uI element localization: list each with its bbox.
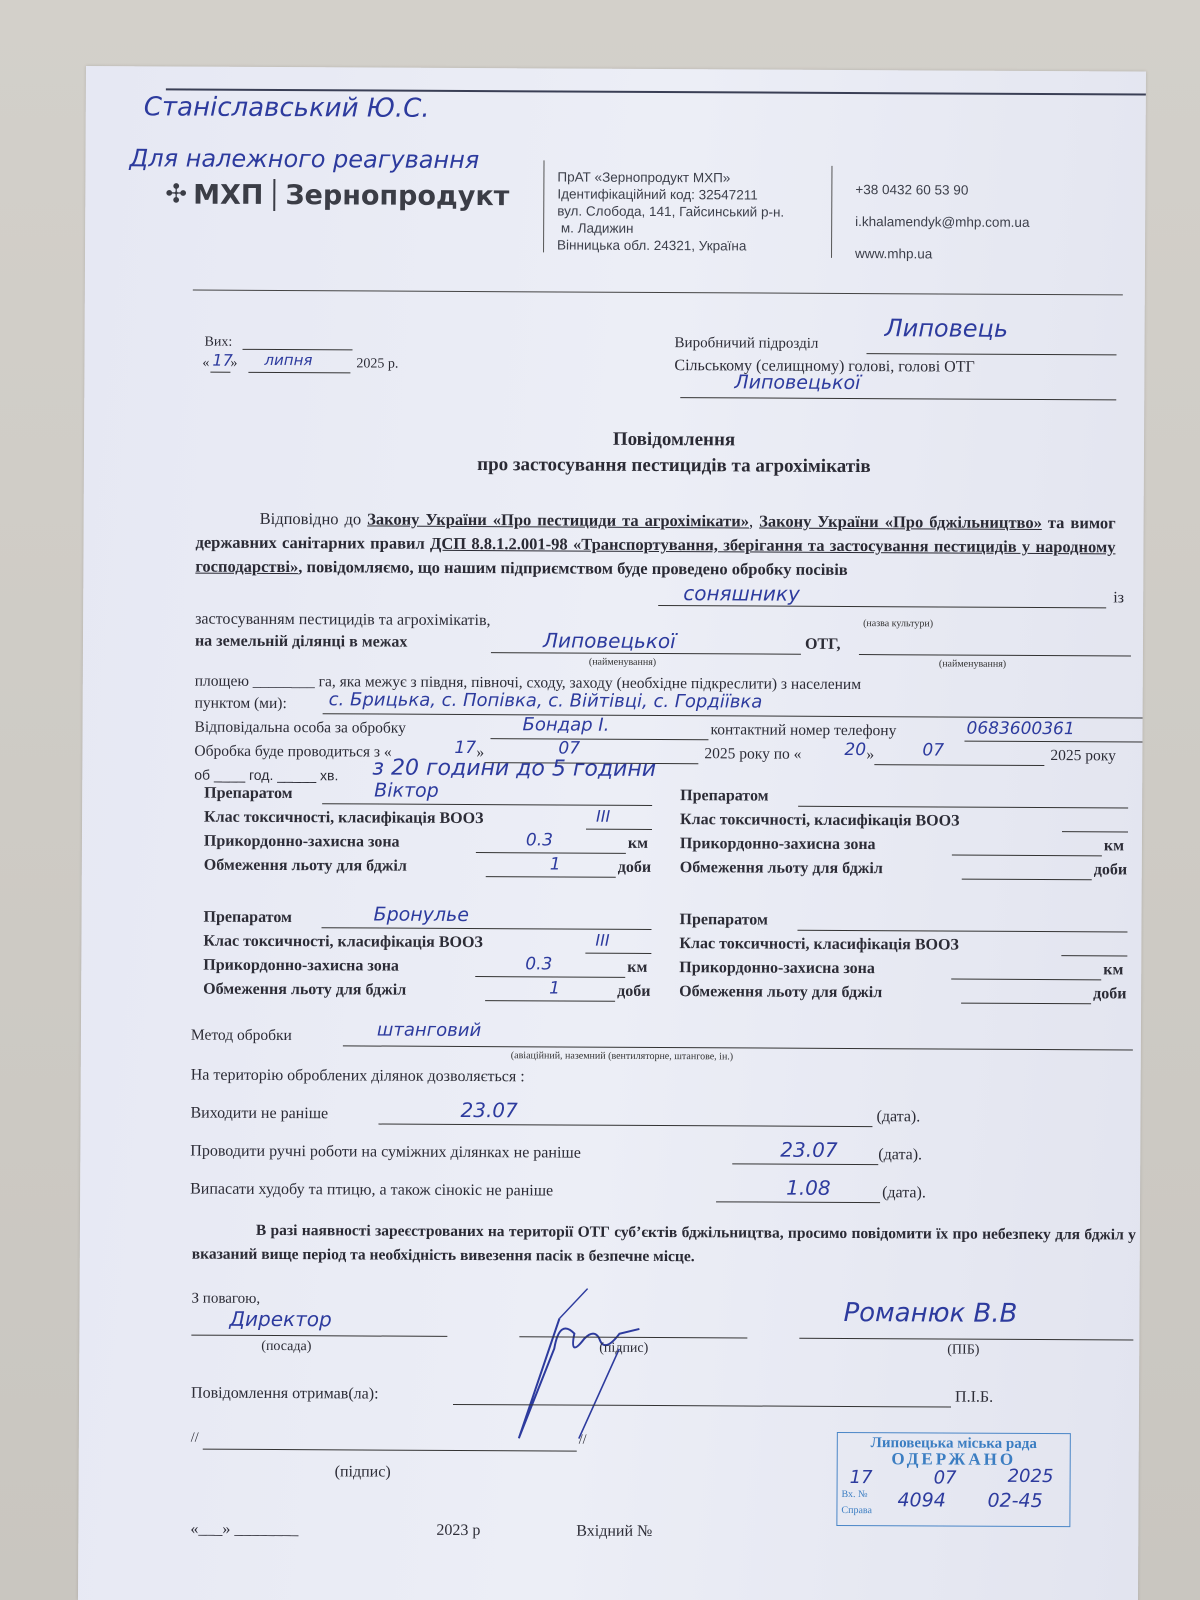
crop-suffix: із [1113, 589, 1124, 607]
graze-line [716, 1201, 880, 1203]
toxicity-label: Клас токсичності, класифікація ВООЗ [204, 809, 484, 828]
phone-label: контактний номер телефону [710, 721, 896, 740]
receipt-year: 2023 р [436, 1522, 480, 1540]
responsible-label: Відповідальна особа за обробку [194, 719, 405, 738]
manual-date-suffix: (дата). [878, 1146, 922, 1164]
document-subtitle: про застосування пестицидів та агрохімік… [84, 452, 1200, 480]
application-text: застосуванням пестицидів та агрохімікаті… [195, 611, 491, 631]
stamp-case-label: Справа [841, 1505, 872, 1516]
bees-line[interactable] [962, 879, 1092, 881]
stamp-in-label: Вх. № [842, 1489, 868, 1500]
director-name-caption: (ПІБ) [947, 1343, 979, 1359]
stamp-in-value: 4094 [897, 1489, 945, 1511]
zone-label: Прикордонно-захисна зона [204, 833, 400, 852]
zone-value: 0.3 [525, 954, 552, 974]
bees-label: Обмеження льоту для бджіл [204, 857, 407, 876]
preparation-label: Препаратом [203, 909, 291, 927]
method-label: Метод обробки [191, 1027, 292, 1046]
head-line [680, 397, 1116, 400]
manual-value: 23.07 [780, 1138, 837, 1162]
bees-unit: доби [1093, 985, 1126, 1003]
day-line [210, 372, 230, 373]
letterhead-rule [193, 290, 1123, 296]
exit-line [378, 1124, 872, 1128]
company-email[interactable]: i.khalamendyk@mhp.com.ua [855, 214, 1029, 230]
permissions-heading: На територію оброблених ділянок дозволяє… [191, 1067, 525, 1087]
logo-separator [273, 179, 275, 211]
toxicity-line[interactable] [1062, 831, 1128, 832]
land-line [491, 652, 801, 655]
signature-caption: (підпис) [599, 1341, 648, 1357]
intro-text-4: , повідомляємо, що нашим підприємством б… [298, 557, 848, 579]
division-label: Виробничий підрозділ [675, 335, 819, 353]
month-line [248, 372, 350, 374]
position-line [191, 1335, 447, 1337]
bees-line[interactable] [486, 876, 616, 878]
handwritten-resolution-note: Для належного реагування [129, 144, 479, 174]
stamp-year: 2025 [1008, 1466, 1054, 1487]
preparation-value: Віктор [374, 780, 439, 802]
zone-value: 0.3 [526, 830, 553, 850]
otg-caption: (найменування) [939, 658, 1006, 669]
method-value: штанговий [377, 1020, 481, 1042]
logo-zernoprodukt: Зернопродукт [285, 180, 509, 212]
bees-value: 1 [550, 854, 561, 874]
land-label: на земельній ділянці в межах [195, 633, 407, 652]
closing-paragraph: В разі наявності зареєстрованих на терит… [192, 1219, 1136, 1272]
director-name-value: Романюк В.В [843, 1298, 1017, 1329]
period-to-label: 2025 року по « [704, 745, 801, 764]
bees-label: Обмеження льоту для бджіл [679, 983, 882, 1002]
outgoing-label: Вих: [205, 335, 233, 351]
document-title: Повідомлення [84, 426, 1200, 454]
graze-value: 1.08 [786, 1176, 831, 1200]
bees-line[interactable] [485, 1000, 615, 1002]
toxicity-value: ІІІ [596, 807, 610, 826]
handwritten-resolution-name: Станіславський Ю.С. [144, 92, 430, 123]
bees-unit: доби [617, 983, 650, 1001]
zone-label: Прикордонно-захисна зона [679, 959, 875, 978]
graze-date-suffix: (дата). [882, 1184, 926, 1202]
zone-label: Прикордонно-захисна зона [203, 957, 399, 976]
exit-value: 23.07 [460, 1098, 517, 1122]
director-signature [499, 1278, 690, 1449]
logo-mhp: МХП [193, 179, 263, 210]
land-caption: (найменування) [589, 657, 656, 668]
land-value: Липовецької [543, 628, 676, 653]
zone-unit: км [627, 959, 647, 977]
preparation-value: Бронулье [374, 904, 470, 926]
intro-text-2: , [749, 511, 759, 530]
outgoing-date-open: « [202, 356, 209, 372]
company-logo: ✣ МХП Зернопродукт [165, 178, 509, 212]
position-value: Директор [229, 1307, 331, 1332]
company-street: вул. Слобода, 141, Гайсинський р-н. [557, 202, 784, 220]
division-value: Липовець [885, 314, 1009, 343]
preparation-line[interactable] [797, 930, 1127, 933]
bees-unit: доби [1094, 861, 1127, 879]
period-to-month: 07 [922, 740, 944, 760]
received-stamp: Липовецька міська рада ОДЕРЖАНО 17 07 20… [836, 1432, 1070, 1527]
period-end-label: 2025 року [1050, 747, 1116, 765]
windmill-icon: ✣ [165, 179, 187, 209]
preparation-label: Препаратом [679, 911, 767, 929]
settlements-label: пунктом (ми): [195, 695, 287, 713]
time-label: об ____ год. _____ хв. [194, 767, 338, 784]
crop-line [658, 605, 1106, 608]
period-label: Обробка буде проводиться з « [194, 743, 391, 762]
settlements-value: с. Брицька, с. Попівка, с. Війтівці, с. … [329, 689, 763, 712]
zone-unit: км [1103, 961, 1123, 979]
receiver-signature-caption: (підпис) [335, 1463, 391, 1481]
bees-line[interactable] [961, 1003, 1091, 1005]
pib-label: П.І.Б. [955, 1389, 993, 1407]
letterhead-divider-2 [831, 166, 832, 258]
time-value: з 20 години до 5 години [372, 756, 656, 782]
crop-caption: (назва культури) [863, 618, 933, 629]
law-pesticides: Закону України «Про пестициди та агрохім… [367, 509, 749, 530]
company-website[interactable]: www.mhp.ua [855, 246, 1029, 262]
zone-line[interactable] [951, 979, 1101, 981]
responsible-value: Бондар І. [523, 714, 610, 735]
company-contacts: +38 0432 60 53 90 i.khalamendyk@mhp.com.… [855, 182, 1030, 279]
toxicity-label: Клас токсичності, класифікація ВООЗ [680, 811, 960, 830]
outgoing-date-close: » [230, 356, 237, 372]
document-page: Станіславський Ю.С. Для належного реагув… [78, 66, 1146, 1600]
graze-label: Випасати худобу та птицю, а також сінокі… [190, 1181, 553, 1201]
preparation-line[interactable] [798, 806, 1128, 809]
otg-line [859, 654, 1131, 656]
toxicity-line[interactable] [586, 829, 652, 830]
stamp-day: 17 [850, 1467, 873, 1488]
toxicity-label: Клас токсичності, класифікація ВООЗ [203, 933, 483, 952]
toxicity-line[interactable] [1061, 955, 1127, 956]
outgoing-month: липня [264, 351, 312, 369]
otg-label: ОТГ, [805, 636, 841, 654]
slash-left: // [191, 1431, 199, 1447]
stamp-case-value: 02-45 [987, 1490, 1042, 1512]
toxicity-line[interactable] [585, 953, 651, 954]
bees-label: Обмеження льоту для бджіл [680, 859, 883, 878]
preparation-line[interactable] [322, 803, 652, 806]
method-caption: (авіаційний, наземний (вентиляторне, шта… [511, 1050, 733, 1062]
company-region: Вінницька обл. 24321, Україна [557, 236, 784, 254]
responsible-line [490, 738, 708, 740]
head-value: Липовецької [734, 371, 860, 394]
incoming-label: Вхідний № [576, 1523, 652, 1541]
outgoing-year: 2025 р. [356, 356, 398, 372]
law-beekeeping: Закону України «Про бджільництво» [759, 512, 1042, 532]
stamp-month: 07 [934, 1467, 957, 1488]
preparation-label: Препаратом [204, 785, 292, 803]
company-city: м. Ладижин [557, 219, 784, 237]
quote-close-2: » [866, 746, 874, 764]
letterhead-divider [543, 160, 544, 252]
exit-date-suffix: (дата). [876, 1108, 920, 1126]
position-caption: (посада) [261, 1339, 311, 1355]
receiver-signature-line[interactable] [203, 1449, 577, 1452]
manual-label: Проводити ручні роботи на суміжних ділян… [190, 1143, 581, 1163]
company-name: ПрАТ «Зернопродукт МХП» [557, 168, 784, 186]
company-code: Ідентифікаційний код: 32547211 [557, 185, 784, 203]
zone-line[interactable] [952, 855, 1102, 857]
bees-label: Обмеження льоту для бджіл [203, 981, 406, 1000]
bees-value: 1 [549, 978, 560, 998]
receipt-date: «___» ________ [190, 1521, 298, 1540]
crop-value: соняшнику [683, 581, 800, 606]
zone-unit: км [628, 835, 648, 853]
company-details: ПрАТ «Зернопродукт МХП» Ідентифікаційний… [557, 168, 784, 254]
toxicity-label: Клас токсичності, класифікація ВООЗ [679, 935, 959, 954]
method-line [343, 1045, 1133, 1050]
toxicity-value: ІІІ [595, 931, 609, 950]
settlements-line [323, 713, 1143, 718]
zone-label: Прикордонно-захисна зона [680, 835, 876, 854]
preparation-line[interactable] [321, 927, 651, 930]
bees-unit: доби [618, 859, 651, 877]
slash-right: // [579, 1433, 587, 1449]
period-to-day: 20 [844, 740, 866, 760]
to-month-line [874, 764, 1044, 766]
manual-line [732, 1163, 878, 1165]
phone-value: 0683600361 [966, 719, 1074, 740]
division-line [867, 353, 1117, 355]
received-label: Повідомлення отримав(ла): [191, 1385, 379, 1404]
exit-label: Виходити не раніше [190, 1105, 328, 1124]
phone-line [964, 741, 1142, 743]
intro-paragraph: Відповідно до Закону України «Про пестиц… [195, 507, 1115, 584]
intro-text-1: Відповідно до [260, 509, 368, 529]
preparation-label: Препаратом [680, 787, 768, 805]
regards: З повагою, [192, 1291, 261, 1308]
director-name-line [799, 1338, 1133, 1341]
company-phone[interactable]: +38 0432 60 53 90 [855, 182, 1029, 198]
zone-unit: км [1104, 837, 1124, 855]
